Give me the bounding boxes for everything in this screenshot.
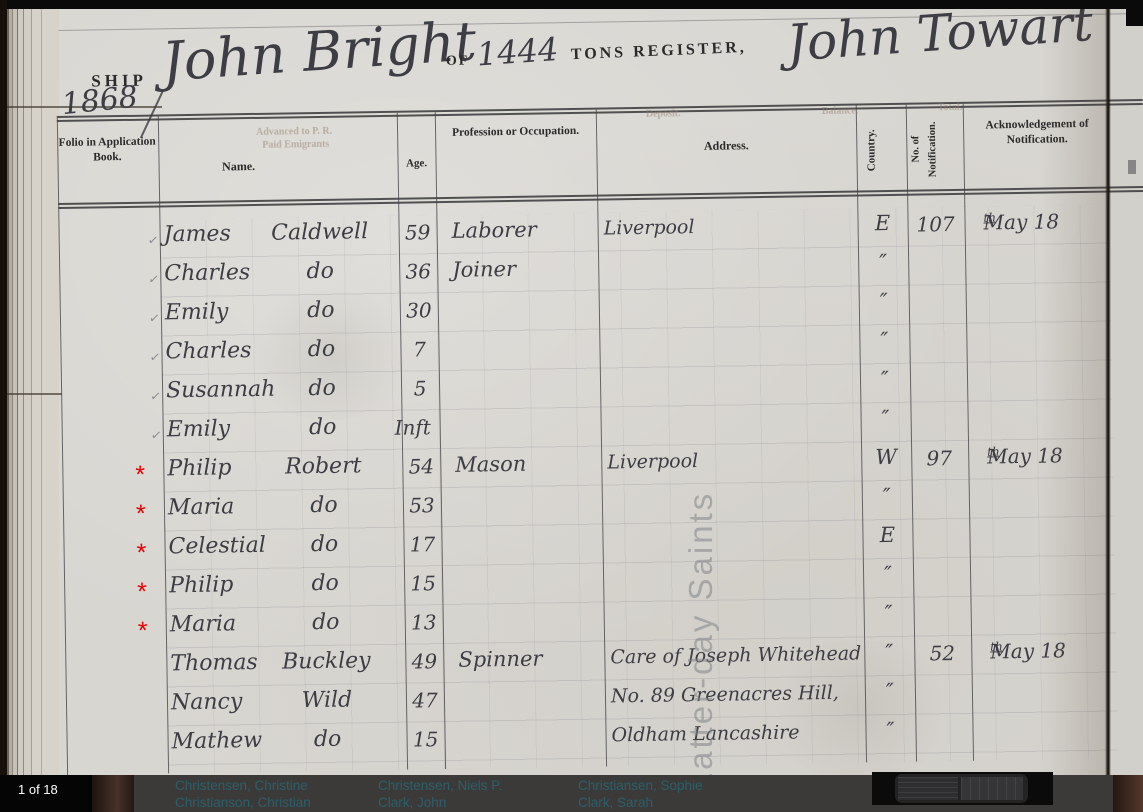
notification-number: 107 bbox=[909, 212, 961, 237]
header-country: Country. bbox=[864, 115, 899, 186]
background-photo-fragment bbox=[1113, 775, 1143, 812]
age-value: 15 bbox=[405, 727, 445, 752]
age-value: 7 bbox=[399, 337, 439, 362]
folio-checkmark: ✓ bbox=[147, 232, 160, 249]
register-label: TONS REGISTER, bbox=[571, 39, 748, 64]
surname: do bbox=[255, 336, 387, 363]
country-value: W bbox=[867, 445, 905, 470]
country-value: ″ bbox=[865, 328, 903, 353]
given-name: Celestial bbox=[168, 533, 266, 560]
age-value: 49 bbox=[404, 649, 444, 674]
asterisk-mark: * bbox=[135, 461, 145, 490]
asterisk-mark: * bbox=[136, 539, 146, 568]
given-name: Emily bbox=[165, 299, 229, 325]
asterisk-mark: * bbox=[138, 617, 148, 646]
surname: do bbox=[259, 570, 391, 597]
notification-number bbox=[914, 485, 966, 486]
folio-checkmark: ✓ bbox=[149, 388, 162, 405]
age-value: Inft bbox=[393, 415, 433, 440]
country-value: ″ bbox=[866, 406, 904, 431]
asterisk-mark: * bbox=[137, 578, 147, 607]
surname: do bbox=[261, 726, 393, 753]
thumbnail-right-page bbox=[961, 777, 1023, 800]
given-name: Nancy bbox=[171, 689, 243, 715]
country-value: ″ bbox=[871, 679, 909, 704]
register-document: SHIP 1868 John Bright OF 1444 TONS REGIS… bbox=[0, 0, 1143, 812]
country-value: ″ bbox=[868, 484, 906, 509]
profession-value: Laborer bbox=[451, 218, 536, 243]
surname: Buckley bbox=[260, 648, 392, 675]
header-address: Address. bbox=[600, 137, 852, 157]
ship-name: John Bright bbox=[160, 9, 478, 93]
address-value: Care of Joseph Whitehead bbox=[610, 642, 861, 668]
given-name: Thomas bbox=[170, 650, 258, 676]
index-name-link[interactable]: Clark, Sarah bbox=[578, 795, 653, 810]
surname: Wild bbox=[261, 687, 393, 714]
page-fold-line bbox=[1105, 0, 1111, 775]
country-value: ″ bbox=[870, 601, 908, 626]
surname: do bbox=[256, 375, 388, 402]
index-name-link[interactable]: Clark, John bbox=[378, 795, 446, 810]
notification-number bbox=[912, 368, 964, 369]
surname: do bbox=[258, 492, 390, 519]
header-rule bbox=[57, 99, 1143, 118]
thumbnail-left-page bbox=[898, 777, 958, 800]
surname: do bbox=[258, 531, 390, 558]
age-value: 17 bbox=[402, 532, 442, 557]
acknowledgement-date: May 18th bbox=[983, 210, 996, 234]
country-value: ″ bbox=[870, 640, 908, 665]
country-value: ″ bbox=[869, 562, 907, 587]
notification-number bbox=[914, 524, 966, 525]
profession-value: Mason bbox=[455, 452, 526, 477]
bleedthrough-text: Balance. bbox=[822, 105, 859, 117]
notification-number bbox=[916, 602, 968, 603]
index-name-link[interactable]: Christensen, Christine bbox=[175, 778, 308, 793]
notification-number bbox=[910, 251, 962, 252]
notification-number: 97 bbox=[913, 446, 965, 471]
age-value: 59 bbox=[397, 220, 437, 245]
header-rule bbox=[58, 186, 1143, 205]
age-value: 54 bbox=[401, 454, 441, 479]
notification-number: 52 bbox=[916, 641, 968, 666]
background-photo-fragment bbox=[92, 775, 134, 812]
country-value: ″ bbox=[865, 289, 903, 314]
given-name: Philip bbox=[169, 572, 234, 598]
header-profession: Profession or Occupation. bbox=[435, 124, 596, 141]
viewer-left-edge bbox=[0, 0, 7, 812]
age-value: 53 bbox=[402, 493, 442, 518]
given-name: Emily bbox=[167, 416, 231, 442]
notification-number bbox=[911, 329, 963, 330]
country-value: E bbox=[863, 211, 901, 236]
asterisk-mark: * bbox=[136, 500, 146, 529]
bleedthrough-text: Advanced to P. R. bbox=[256, 126, 332, 138]
given-name: Mathew bbox=[171, 728, 262, 754]
acknowledgement-date: May 18th bbox=[990, 639, 1003, 663]
viewer-bottom-bar: 1 of 18 Christensen, Christine Christian… bbox=[0, 775, 1143, 812]
header-notification: No. of Notification. bbox=[908, 110, 959, 189]
address-value: Liverpool bbox=[603, 216, 694, 239]
given-name: Charles bbox=[165, 338, 251, 364]
surname: do bbox=[260, 609, 392, 636]
notification-number bbox=[917, 680, 969, 681]
of-label: OF bbox=[446, 54, 470, 70]
page-indicator: 1 of 18 bbox=[18, 782, 58, 797]
folio-checkmark: ✓ bbox=[149, 349, 162, 366]
notification-number bbox=[915, 563, 967, 564]
country-value: ″ bbox=[866, 367, 904, 392]
age-value: 36 bbox=[398, 259, 438, 284]
notification-number bbox=[917, 719, 969, 720]
surname: Robert bbox=[257, 453, 389, 480]
header-name: Name. bbox=[158, 158, 318, 176]
tonnage-value: 1444 bbox=[476, 30, 560, 73]
acknowledgement-date: May 18th bbox=[987, 444, 1000, 468]
image-viewer: SHIP 1868 John Bright OF 1444 TONS REGIS… bbox=[0, 0, 1143, 812]
profession-value: Spinner bbox=[458, 646, 542, 671]
filmstrip-thumbnail[interactable] bbox=[895, 774, 1028, 803]
folio-checkmark: ✓ bbox=[150, 427, 163, 444]
index-name-link[interactable]: Christiansen, Sophie bbox=[578, 778, 703, 793]
given-name: Philip bbox=[167, 455, 232, 481]
latter-day-saints-watermark: Latter-day Saints bbox=[682, 476, 718, 806]
notification-number bbox=[911, 290, 963, 291]
address-value: No. 89 Greenacres Hill, bbox=[611, 682, 839, 708]
given-name: James bbox=[163, 221, 230, 247]
country-value: ″ bbox=[871, 718, 909, 743]
viewer-top-edge bbox=[0, 0, 1143, 9]
surname: do bbox=[254, 258, 386, 285]
age-value: 5 bbox=[400, 376, 440, 401]
folio-checkmark: ✓ bbox=[148, 310, 161, 327]
notification-number bbox=[912, 407, 964, 408]
age-value: 47 bbox=[405, 688, 445, 713]
surname: Caldwell bbox=[253, 219, 385, 246]
address-value: Liverpool bbox=[607, 450, 698, 473]
surname: do bbox=[255, 297, 387, 324]
profession-value: Joiner bbox=[452, 257, 516, 282]
age-value: 15 bbox=[403, 571, 443, 596]
index-name-link[interactable]: Christensen, Niels P. bbox=[378, 778, 502, 793]
age-value: 30 bbox=[399, 298, 439, 323]
header-age: Age. bbox=[397, 156, 435, 171]
bleedthrough-text: Paid Emigrants bbox=[262, 139, 329, 151]
age-value: 13 bbox=[404, 610, 444, 635]
folio-checkmark: ✓ bbox=[147, 271, 160, 288]
bleedthrough-text: Deposit. bbox=[646, 108, 681, 120]
page-fold-shadow bbox=[1040, 0, 1108, 775]
country-value: ″ bbox=[864, 250, 902, 275]
given-name: Charles bbox=[164, 260, 250, 286]
country-value: E bbox=[868, 523, 906, 548]
index-name-link[interactable]: Christianson, Christian bbox=[175, 795, 311, 810]
given-name: Maria bbox=[168, 494, 235, 520]
header-folio: Folio in Application Book. bbox=[57, 134, 157, 165]
surname: do bbox=[257, 414, 389, 441]
given-name: Maria bbox=[170, 611, 237, 637]
